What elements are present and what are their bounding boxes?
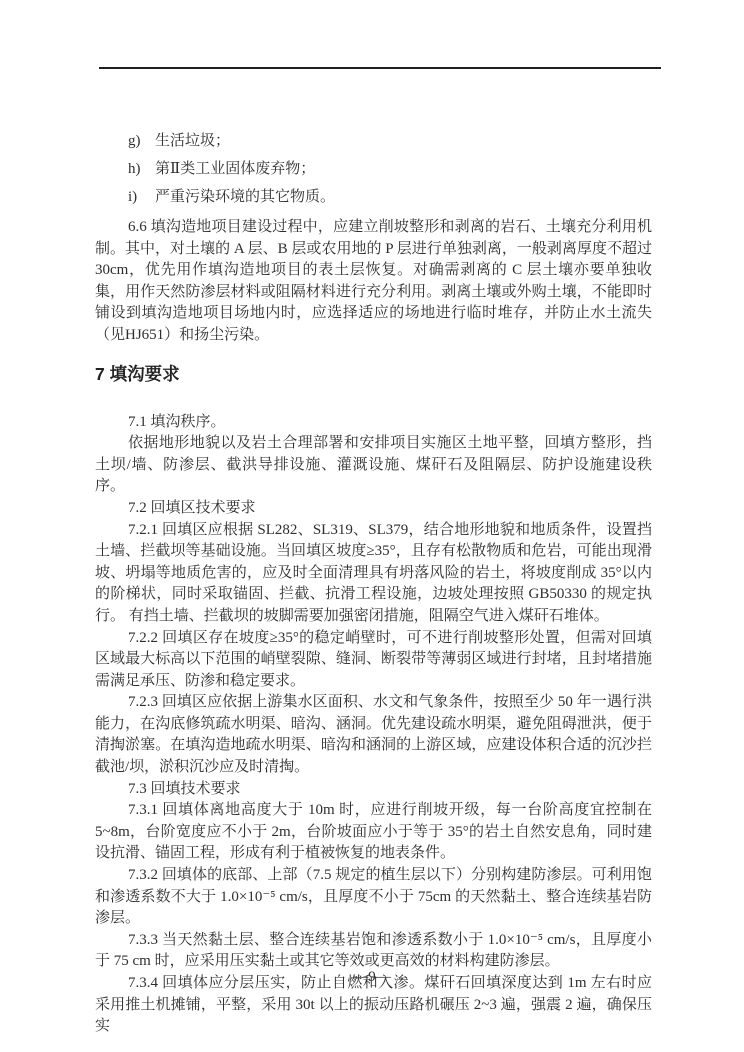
clause-7-3-1: 7.3.1 回填体离地高度大于 10m 时，应进行削坡开级，每一台阶高度宜控制在… <box>95 800 652 865</box>
list-item-text: 生活垃圾； <box>155 127 230 155</box>
clause-7-2-3: 7.2.3 回填区应依据上游集水区面积、水文和气象条件，按照至少 50 年一遇行… <box>95 692 652 778</box>
clause-7-2-2: 7.2.2 回填区存在坡度≥35°的稳定峭壁时，可不进行削坡整形处置，但需对回填… <box>95 628 652 693</box>
document-page: g) 生活垃圾； h) 第Ⅱ类工业固体废弃物； i) 严重污染环境的其它物质。 … <box>0 0 744 1052</box>
list-item-marker: i) <box>128 183 155 211</box>
list-item: h) 第Ⅱ类工业固体废弃物； <box>95 155 652 183</box>
prohibited-materials-list: g) 生活垃圾； h) 第Ⅱ类工业固体废弃物； i) 严重污染环境的其它物质。 <box>95 127 652 211</box>
clause-7-1-body: 依据地形地貌以及岩土合理部署和安排项目实施区土地平整，回填方整形，挡土坝/墙、防… <box>95 433 652 498</box>
list-item-text: 第Ⅱ类工业固体废弃物； <box>155 155 315 183</box>
header-rule <box>99 67 661 69</box>
clause-7-3-2: 7.3.2 回填体的底部、上部（7.5 规定的植生层以下）分别构建防渗层。可利用… <box>95 865 652 930</box>
clause-7-3-title: 7.3 回填技术要求 <box>95 779 652 801</box>
clause-7-2-1: 7.2.1 回填区应根据 SL282、SL319、SL379，结合地形地貌和地质… <box>95 520 652 628</box>
clause-7-1-title: 7.1 填沟秩序。 <box>95 412 652 434</box>
list-item: g) 生活垃圾； <box>95 127 652 155</box>
clause-6-6: 6.6 填沟造地项目建设过程中，应建立削坡整形和剥离的岩石、土壤充分利用机制。其… <box>95 217 652 347</box>
list-item-text: 严重污染环境的其它物质。 <box>155 183 335 211</box>
list-item: i) 严重污染环境的其它物质。 <box>95 183 652 211</box>
clause-7-2-title: 7.2 回填区技术要求 <box>95 498 652 520</box>
page-footer: —9— <box>0 966 744 988</box>
page-content: g) 生活垃圾； h) 第Ⅱ类工业固体废弃物； i) 严重污染环境的其它物质。 … <box>95 127 652 1038</box>
page-number: —9— <box>353 969 391 985</box>
section-7-heading: 7 填沟要求 <box>95 361 652 387</box>
list-item-marker: h) <box>128 155 155 183</box>
list-item-marker: g) <box>128 127 155 155</box>
